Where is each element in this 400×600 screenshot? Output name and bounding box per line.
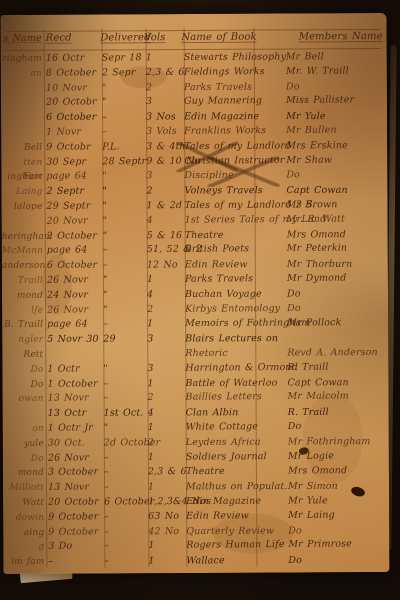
entry-delivered: – [104,539,148,554]
entry-recd: 1 October [47,377,103,392]
entry-recd: 29 Septr [47,199,103,214]
entry-recd: 20 Octobr [46,96,102,111]
cropped-left-column: ringhamanBelltten FairinghamLainglalopeh… [1,52,45,570]
entry-member: Mr Malcolm [255,390,384,406]
entry-recd: – [48,555,104,570]
ledger-row: 9 October–63 NoEdin ReviewMr Laing [48,508,385,525]
entry-recd: 1 Octr [47,362,103,377]
entry-recd: 2 October [47,229,103,244]
entry-delivered: " [103,288,147,303]
entry-delivered: – [103,377,147,392]
entry-recd: 30 Sepr [46,155,102,170]
cropped-name-fragment [1,126,42,141]
entry-delivered: – [104,525,148,540]
entry-delivered [103,347,147,362]
entry-delivered: – [104,510,148,525]
cropped-name-fragment: Do [3,451,44,466]
entry-member: Mr. R. Watt [255,212,384,228]
cropped-name-fragment: ringham [1,52,42,67]
entry-book: Edin Magazine [186,495,256,510]
ledger-row: 20 Novr"41st Series Tales of my LandMr. … [47,212,384,229]
entry-book: Malthus on Populat. [186,480,256,495]
entry-book: Parks Travels [184,80,254,95]
cropped-name-fragment [1,81,42,96]
entry-delivered: 29 [103,333,147,348]
entry-delivered: " [102,95,146,110]
entry-vols: 2 [146,185,184,200]
entry-recd: 20 Octobr [48,495,104,510]
entry-delivered: Sepr 18 [102,51,146,66]
ledger-row: 26 Novr–1Soldiers JournalMr Logie [48,449,385,466]
entry-delivered: " [103,199,147,214]
entry-recd: 9 October [48,525,104,540]
cropped-name-fragment [3,407,44,422]
entry-delivered: – [103,318,147,333]
entry-delivered: " [102,170,146,185]
entry-recd: 2 Septr [46,185,102,200]
cropped-name-fragment: mond [2,289,43,304]
cropped-name-fragment: lfe [2,303,43,318]
entry-book: Clan Albin [186,406,256,421]
cropped-name-fragment: aing [3,525,44,540]
entry-recd: 6 October [47,259,103,274]
entry-vols: 1 [147,273,185,288]
entry-book: Harrington & Ormond [185,361,255,376]
entry-book: Franklins Works [184,124,254,139]
entry-delivered: – [104,451,148,466]
entry-recd: 10 Novr [46,81,102,96]
entry-book: Quarterly Review [186,524,256,539]
entry-book: British Poets [185,243,255,258]
entry-delivered: 2d October [104,436,148,451]
entry-delivered: – [104,466,148,481]
entry-member: Mr Simon [256,480,385,495]
entry-recd: 3 October [48,466,104,481]
cropped-name-fragment: mond [3,466,44,481]
entry-recd: 1 Octr Jr [48,421,104,436]
entry-member: Mr Bell [254,50,383,65]
entry-delivered: 6 October [104,495,148,510]
entry-book: Memoirs of Fothringham [185,317,255,332]
entry-recd: 13 Novr [47,392,103,407]
entry-book: Blairs Lectures on [185,332,255,347]
cropped-name-fragment: Bell [1,141,42,156]
entry-vols: 3 Vols [146,125,184,140]
entry-member: Do [255,287,384,302]
entry-delivered: " [102,185,146,200]
entry-delivered: " [103,362,147,377]
entry-book: Buchan Voyage [185,287,255,302]
entry-recd: 13 Octr [48,407,104,422]
entry-recd: 13 Novr [48,481,104,496]
ledger-row: ––1WallaceDo [48,554,385,570]
cropped-name-fragment: yule [3,437,44,452]
entry-member: Mr Logie [256,449,385,465]
entry-delivered: " [103,303,147,318]
ledger-row: 1 Novr–3 VolsFranklins WorksMr Bullen [46,123,383,140]
cropped-name-fragment: ngler [2,333,43,348]
entry-recd: 24 Novr [47,288,103,303]
ledger-row: 13 Novr–1Malthus on Populat.Mr Simon [48,480,385,496]
entry-book: Kirbys Entomology [185,302,255,317]
entry-book: Baillies Letters [185,391,255,406]
entry-vols: 1 [148,481,186,496]
entry-vols [147,347,185,362]
entry-vols: 3 [147,333,185,348]
entry-delivered: " [103,214,147,229]
cropped-name-fragment: Do [2,363,43,378]
entry-vols: 1 [148,421,186,436]
entry-recd: 26 Novr [47,273,103,288]
cropped-name-fragment: B. Traill [2,318,43,333]
entry-recd: 30 Oct. [48,436,104,451]
entry-vols: 4 [148,407,186,422]
entry-vols: 1 [147,377,185,392]
entry-recd: 8 October [46,66,102,81]
entry-book: Leydens Africa [186,435,256,450]
entry-recd: 9 October [48,510,104,525]
header-volumes: Vols [144,32,181,48]
entry-delivered: – [103,391,147,406]
entry-member: Do [255,301,384,317]
entry-member: Mr Brown [255,198,384,213]
entry-delivered: – [104,555,148,570]
entry-member: Mr. W. Traill [254,64,383,80]
entry-member: Mr Primrose [256,538,385,554]
ledger-row: 20 Octobr"3Guy ManneringMiss Pallister [46,94,383,111]
entry-vols: 42 No [148,525,186,540]
entry-book: Edin Review [185,258,255,273]
cropped-name-fragment: lalope [2,200,43,215]
cropped-name-fragment [2,215,43,230]
header-received: Recd [46,32,101,48]
entry-book: Theatre [185,228,255,243]
entry-vols: 1 [146,51,184,66]
entry-vols: 2 [148,436,186,451]
entry-member: Revd A. Anderson [255,346,384,361]
entry-recd: 3 Do [48,540,104,555]
entry-book: Soldiers Journal [186,450,256,465]
ledger-row: 3 October–2,3 & 6TheatreMrs Omond [48,464,385,481]
entry-book: Wallace [186,554,256,569]
ledger-row: 13 Novr–2Baillies LettersMr Malcolm [47,390,384,407]
entry-vols: 3 [146,95,184,110]
entry-vols: 1 [148,450,186,465]
entry-recd: page 64 [47,244,103,259]
ledger-row: page 64–51, 52 & 2British PoetsMr Peterk… [47,242,384,259]
cropped-name-fragment: g [3,540,44,555]
entry-recd [47,347,103,362]
entry-vols: 4 [147,288,185,303]
header-member: Members Name [283,31,383,48]
entry-vols: 1 [148,539,186,554]
entry-recd: 16 Octr [46,51,102,66]
header-book: Name of Book [181,32,282,49]
entry-book: 1st Series Tales of my Land [185,213,255,228]
entry-member: Mr Dymond [255,271,384,287]
ledger-row: 26 Novr"2Kirbys EntomologyDo [47,301,384,318]
entry-member: Mr Pollock [255,316,384,331]
photo-of-ledger: s Name ringhamanBelltten FairinghamLaing… [0,0,400,600]
entry-member: Mr Laing [256,508,385,524]
entry-delivered: " [103,273,147,288]
entry-delivered: " [102,81,146,96]
ledger-row: 8 October2 Sepr2,3 & 6Fieldings WorksMr.… [46,64,383,81]
entry-member: Mr Yule [256,494,385,509]
entry-vols: 1,2,3&4 Nos [148,495,186,510]
entry-book: Rhetoric [185,347,255,362]
entry-vols: 5 & 16 [147,229,185,244]
entry-book: Stewarts Philosophy [184,51,254,66]
cropped-column-header: s Name [1,33,42,44]
entry-book: Edin Review [186,509,256,524]
entry-vols: 51, 52 & 2 [147,243,185,258]
header-delivered: Delivered [100,32,144,48]
entry-book: Edin Magazine [184,110,254,125]
entry-delivered: 2 Sepr [102,66,146,81]
entry-recd: page 64 [47,318,103,333]
entry-delivered: – [103,259,147,274]
cropped-name-fragment: Rett [2,348,43,363]
entry-book: Fieldings Works [184,65,254,80]
entry-delivered: – [102,125,146,140]
cropped-name-fragment: heringham [2,229,43,244]
entry-member [255,332,384,347]
cropped-name-fragment: dowin [3,510,44,525]
entry-recd: 9 Octobr [46,140,102,155]
cropped-name-fragment: Laing [1,185,42,200]
entry-book: Guy Mannering [184,95,254,110]
entry-vols: 2,3 & 6 [146,66,184,81]
entry-vols: 1 [148,554,186,569]
entry-delivered: – [102,111,146,126]
entry-recd: 26 Novr [48,451,104,466]
cropped-name-fragment: an [1,67,42,82]
ledger-row: 1 Octr Jr"1White CottageDo [48,419,385,436]
entry-delivered: 28 Septr [102,155,146,170]
entry-vols: 4 [147,213,185,228]
entry-delivered: " [103,229,147,244]
ledger-page: s Name ringhamanBelltten FairinghamLaing… [1,13,390,574]
entry-book: Tales of my Landlord 3 S. [185,199,255,214]
entry-vols: 12 No [147,259,185,274]
ledger-row: 3 Do–1Rogers Human LifeMr Primrose [48,538,385,555]
ledger-row: 1 Octr"3Harrington & OrmondR. Traill [47,360,384,377]
cropped-name-fragment: Traill [2,274,43,289]
entry-vols: 2,3 & 6 [148,465,186,480]
entry-book: Theatre [186,465,256,480]
entry-book: Parks Travels [185,272,255,287]
cropped-name-fragment: tten Fair [1,155,42,170]
entry-member: Miss Pallister [254,94,383,110]
cropped-name-fragment: McMann [2,244,43,259]
entry-recd: 26 Novr [47,303,103,318]
entry-member: Mr Peterkin [255,242,384,258]
ledger-rows: 16 OctrSepr 181Stewarts PhilosophyMr Bel… [46,50,386,570]
entry-vols: 3 [147,361,185,376]
cropped-name-fragment: on [3,422,44,437]
cropped-name-fragment: im fam [3,555,44,570]
table-header: Recd Delivered Vols Name of Book Members… [46,31,383,49]
ledger-row: 26 Novr"1Parks TravelsMr Dymond [47,271,384,288]
entry-recd: 5 Novr 30 [47,333,103,348]
crossout-mark [207,157,279,187]
entry-delivered: P.L. [102,140,146,155]
entry-member: Do [256,419,385,435]
entry-recd: 1 Novr [46,125,102,140]
cropped-name-fragment: anderson [2,259,43,274]
entry-member: Mr Fothringham [256,435,385,450]
cropped-name-fragment: Milliott [3,481,44,496]
cropped-name-fragment: Watt [3,496,44,511]
entry-vols: 1 & 2d [147,199,185,214]
entry-vols: 2 [147,302,185,317]
entry-book: Battle of Waterloo [185,376,255,391]
entry-delivered: 1st Oct. [104,407,148,422]
cropped-name-fragment [1,96,42,111]
entry-member: Mrs Omond [256,464,385,479]
entry-recd: 20 Novr [47,214,103,229]
entry-book: Rogers Human Life [186,538,256,553]
entry-member: Mr Bullen [254,123,383,139]
entry-vols: 2 [146,81,184,96]
entry-member: Mrs Erskine [254,139,383,154]
entry-vols: 3 Nos [146,111,184,126]
entry-vols: 2 [147,391,185,406]
cropped-name-fragment [1,111,42,126]
entry-member: Do [256,554,385,569]
entry-delivered: " [104,421,148,436]
entry-member: R. Traill [255,360,384,376]
ledger-row: page 64–1Memoirs of FothringhamMr Polloc… [47,316,384,333]
entry-recd: page 64 [46,170,102,185]
cropped-name-fragment: owan [3,392,44,407]
entry-vols: 1 [147,317,185,332]
entry-recd: 6 October [46,111,102,126]
entry-vols: 63 No [148,509,186,524]
entry-delivered: – [103,243,147,258]
entry-delivered: – [104,481,148,496]
entry-book: White Cottage [186,420,256,435]
cropped-name-fragment: Do [2,377,43,392]
